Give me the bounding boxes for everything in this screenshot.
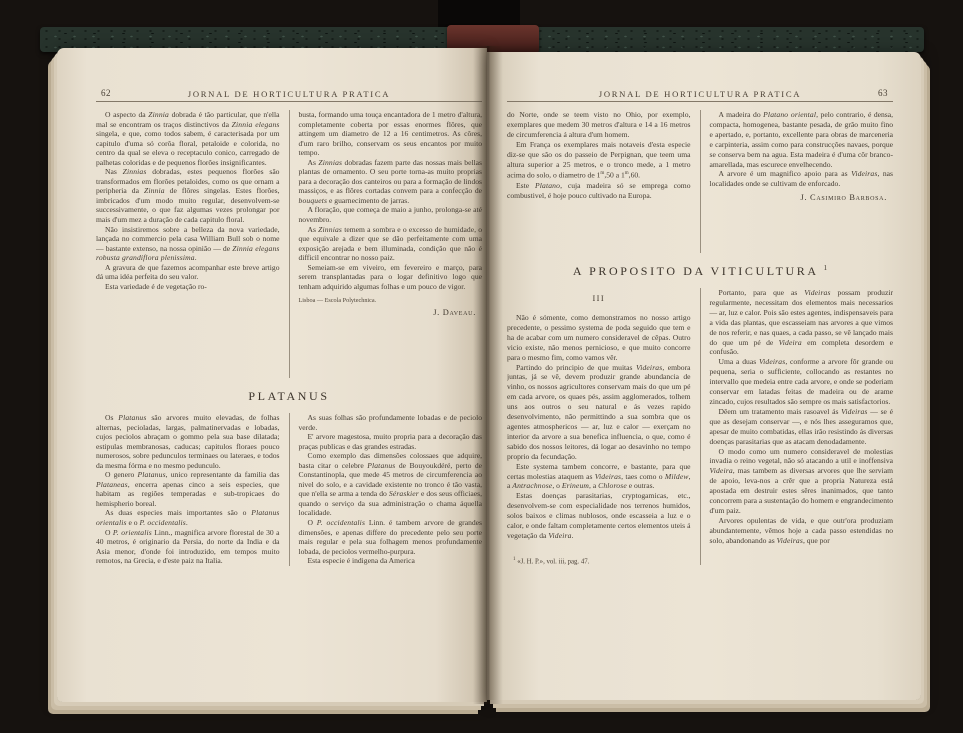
paragraph: Arvores opulentas de vida, e que outr'or…	[710, 516, 894, 546]
right-running-title: JORNAL DE HORTICULTURA PRATICA	[507, 89, 893, 99]
paragraph: O genero Platanus, unico representante d…	[96, 470, 280, 508]
paragraph: E' arvore magestosa, muito propria para …	[299, 432, 483, 451]
paragraph: Não insistiremos sobre a belleza da nova…	[96, 225, 280, 263]
author-signature: J. Daveau.	[299, 308, 483, 317]
viticultura-article: III Não é sómente, como demonstramos no …	[507, 288, 893, 565]
left-column-2: busta, formando uma touça encantadora de…	[290, 110, 483, 378]
paragraph: busta, formando uma touça encantadora de…	[299, 110, 483, 158]
paragraph: Este Platano, cuja madeira só se emprega…	[507, 181, 691, 201]
platanus-article-title: PLATANUS	[96, 389, 482, 404]
paragraph: Esta especie é indigena da America	[299, 556, 483, 566]
paragraph: Portanto, para que as Videiras possam pr…	[710, 288, 894, 357]
left-page-header: 62 JORNAL DE HORTICULTURA PRATICA	[96, 88, 482, 102]
paragraph: Partindo do principio de que muitas Vide…	[507, 363, 691, 462]
paragraph: Semeiam-se em viveiro, em fevereiro e ma…	[299, 263, 483, 292]
platanus-article-continued: do Norte, onde se teem visto no Ohio, po…	[507, 110, 893, 253]
viticultura-article-title: A PROPOSITO DA VITICULTURA 1	[507, 264, 893, 279]
paragraph: Não é sómente, como demonstramos no noss…	[507, 313, 691, 363]
paragraph: do Norte, onde se teem visto no Ohio, po…	[507, 110, 691, 140]
open-book-scan: 62 JORNAL DE HORTICULTURA PRATICA O aspe…	[0, 0, 963, 733]
paragraph: As Zinnias dobradas fazem parte das noss…	[299, 158, 483, 206]
platanus-article: Os Platanus são arvores muito elevadas, …	[96, 413, 482, 566]
left-running-title: JORNAL DE HORTICULTURA PRATICA	[96, 89, 482, 99]
paragraph: A madeira do Platano oriental, pelo cont…	[710, 110, 894, 169]
paragraph: As suas folhas são profundamente lobadas…	[299, 413, 483, 432]
paragraph: Em França os exemplares mais notaveis d'…	[507, 140, 691, 181]
right-page-header: JORNAL DE HORTICULTURA PRATICA 63	[507, 88, 893, 102]
chapter-numeral: III	[507, 294, 691, 303]
paragraph: A gravura de que fazemos acompanhar este…	[96, 263, 280, 282]
author-signature: J. Casimiro Barbosa.	[710, 193, 894, 202]
left-column-1: O aspecto da Zinnia dobrada é tão partic…	[96, 110, 290, 378]
right-page-number: 63	[878, 88, 888, 98]
paragraph: Esta variedade é de vegetação ro-	[96, 282, 280, 292]
left-column-1-bottom: Os Platanus são arvores muito elevadas, …	[96, 413, 290, 566]
right-page: JORNAL DE HORTICULTURA PRATICA 63 do Nor…	[487, 52, 921, 700]
paragraph: Este systema tambem concorre, e bastante…	[507, 462, 691, 492]
paragraph: Como exemplo das dimensões colossaes que…	[299, 451, 483, 518]
paragraph: A arvore é um magnifico apoio para as Vi…	[710, 169, 894, 189]
footnote: 1 «J. H. P.», vol. iii, pag. 47.	[507, 557, 691, 565]
right-column-1-bottom: III Não é sómente, como demonstramos no …	[507, 288, 701, 565]
paragraph: Dêem um tratamento mais rasoavel ás Vide…	[710, 407, 894, 447]
left-page: 62 JORNAL DE HORTICULTURA PRATICA O aspe…	[57, 48, 487, 702]
author-affiliation: Lisboa — Escola Polytechnica.	[299, 297, 483, 304]
paragraph: As Zinnias temem a sombra e o excesso de…	[299, 225, 483, 263]
paragraph: As duas especies mais importantes são o …	[96, 508, 280, 527]
paragraph: O modo como um numero consideravel de mo…	[710, 447, 894, 516]
zinnia-article: O aspecto da Zinnia dobrada é tão partic…	[96, 110, 482, 378]
paragraph: O aspecto da Zinnia dobrada é tão partic…	[96, 110, 280, 167]
paragraph: Estas doenças parasitarias, cryptogamica…	[507, 491, 691, 541]
paragraph: Nas Zinnias dobradas, estes pequenos flo…	[96, 167, 280, 224]
left-column-2-bottom: As suas folhas são profundamente lobadas…	[290, 413, 483, 566]
paragraph: O P. orientalis Linn., magnifica arvore …	[96, 528, 280, 566]
paragraph: O P. occidentalis Linn. é tambem arvore …	[299, 518, 483, 556]
paragraph: A floração, que começa de maio a junho, …	[299, 205, 483, 224]
paragraph: Uma a duas Videiras, conforme a arvore f…	[710, 357, 894, 407]
right-column-1: do Norte, onde se teem visto no Ohio, po…	[507, 110, 701, 253]
paragraph: Os Platanus são arvores muito elevadas, …	[96, 413, 280, 470]
right-column-2-bottom: Portanto, para que as Videiras possam pr…	[701, 288, 894, 565]
right-column-2: A madeira do Platano oriental, pelo cont…	[701, 110, 894, 253]
